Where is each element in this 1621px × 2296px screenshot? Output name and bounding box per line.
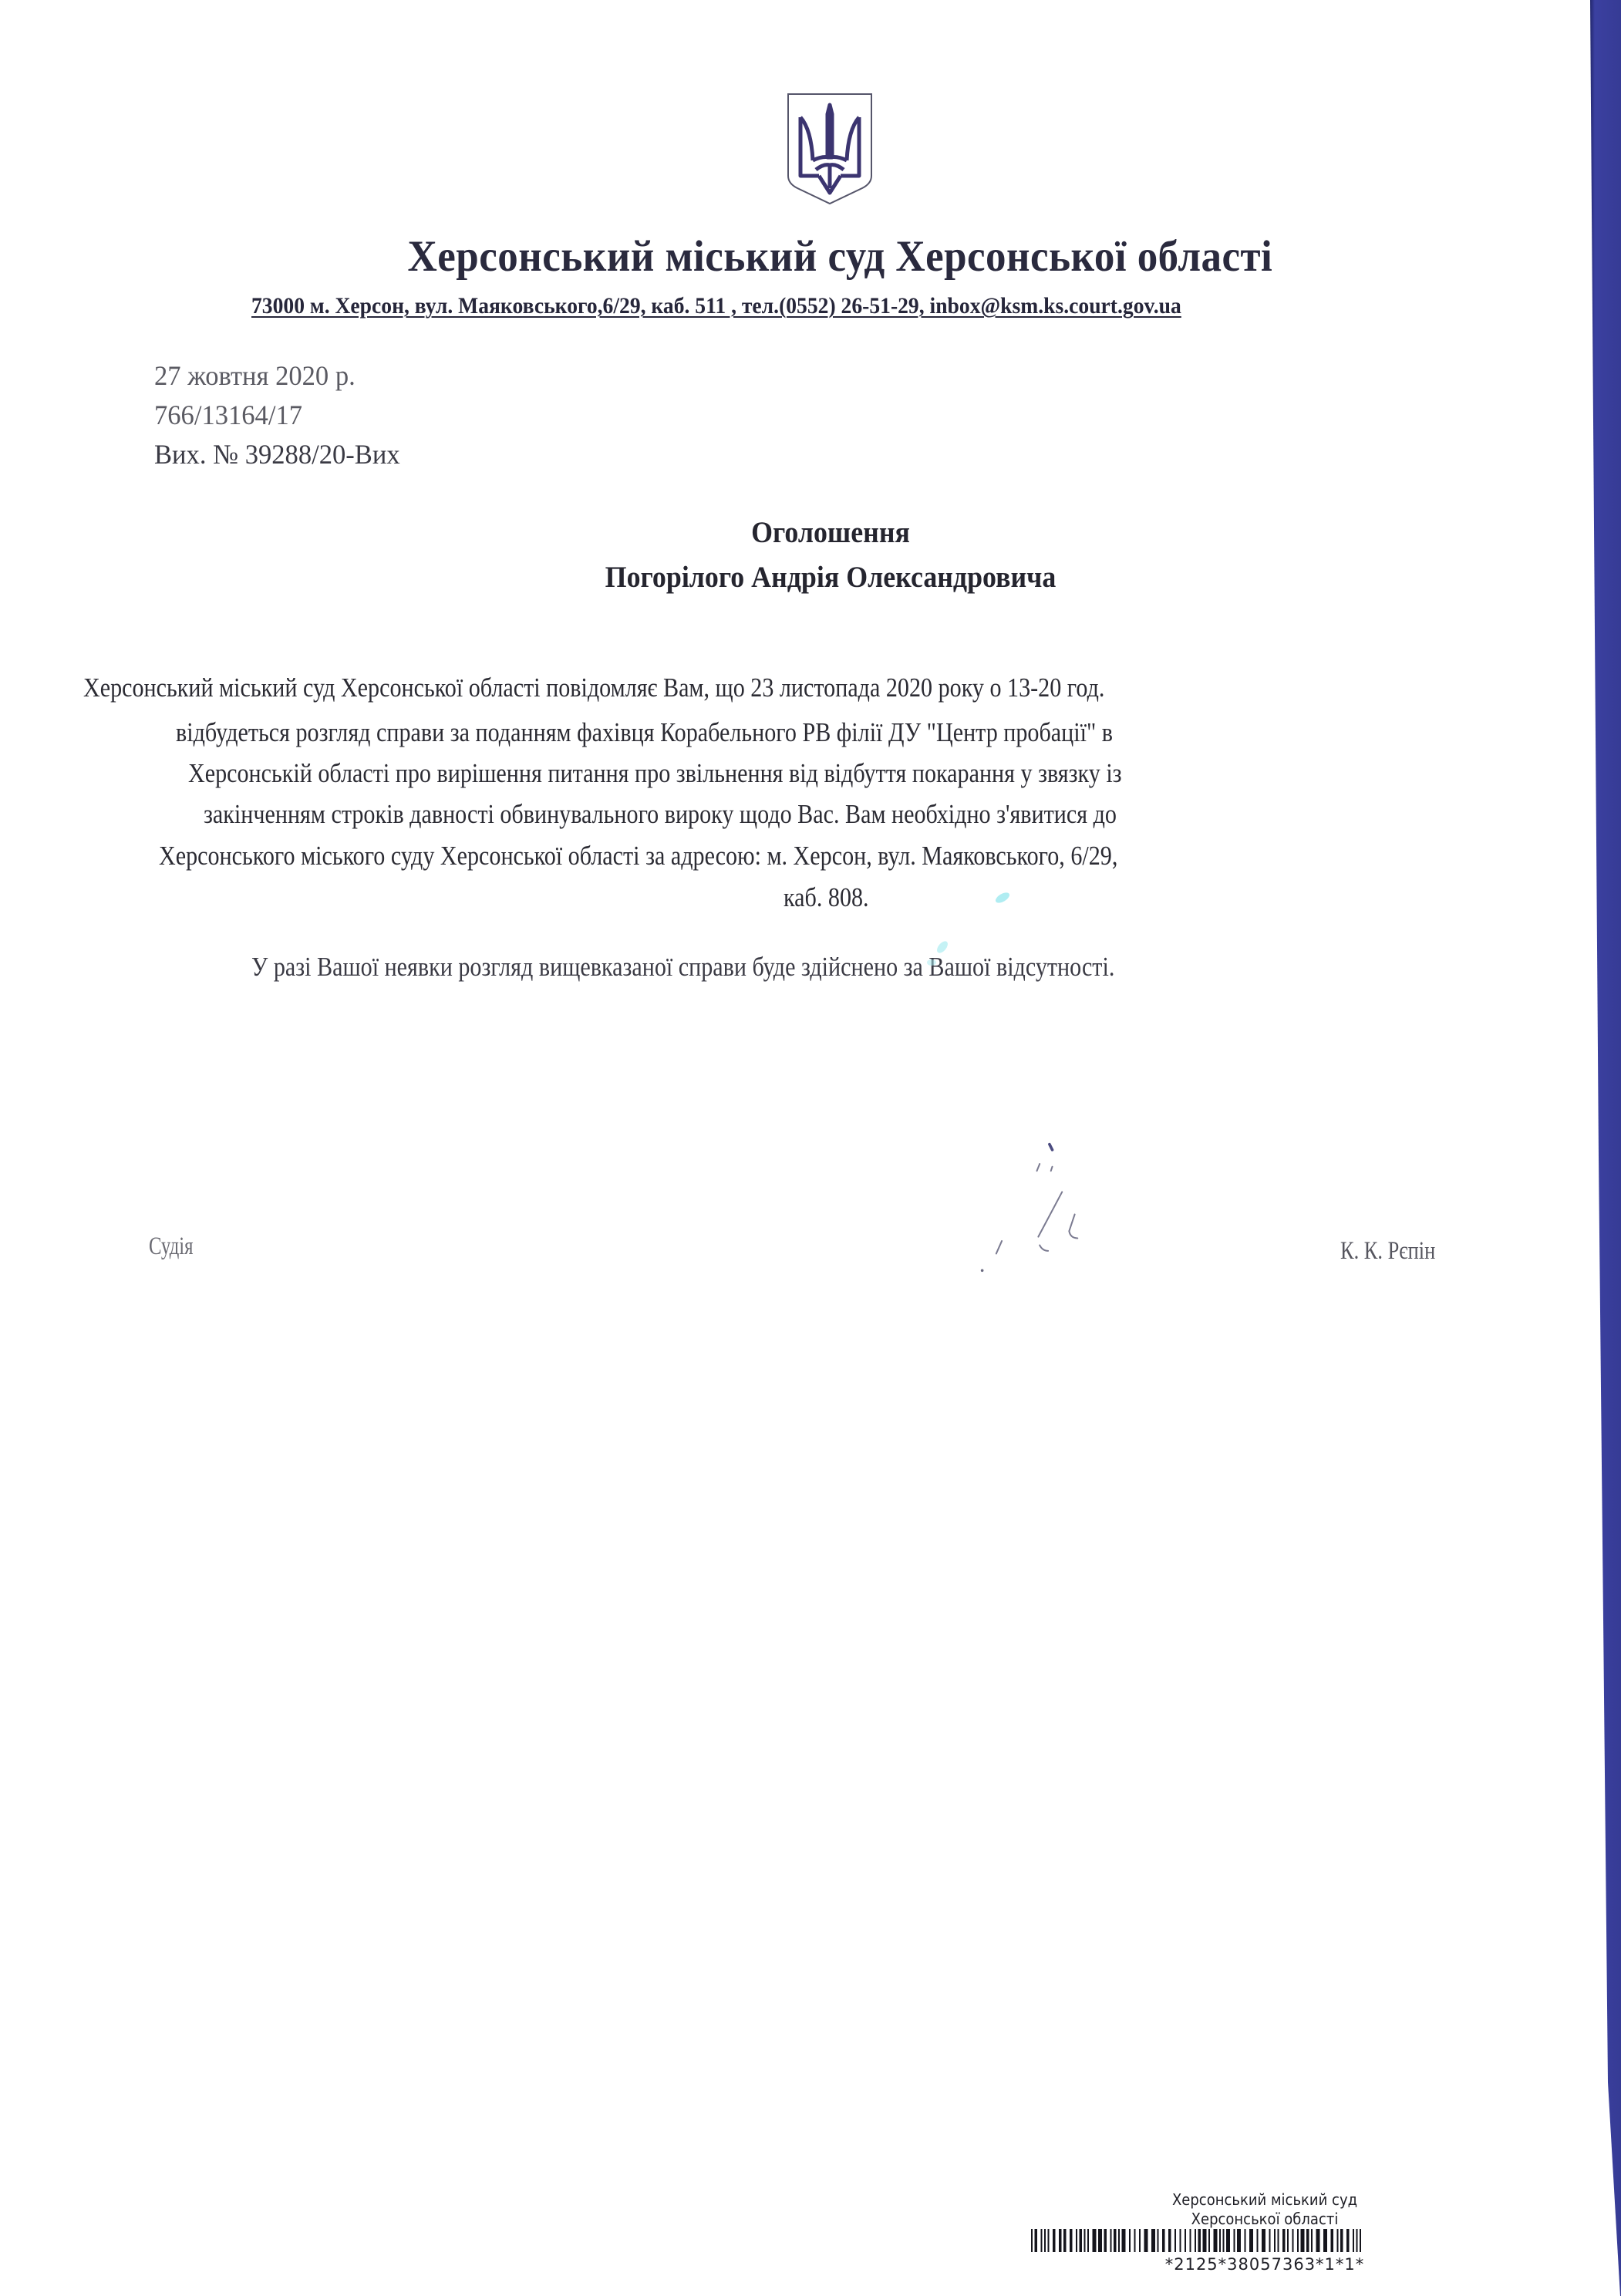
body-line: закінченням строків давності обвинувальн… <box>204 799 1117 830</box>
signer-role: Судія <box>149 1232 194 1261</box>
binder-edge <box>0 0 1621 2296</box>
body-line: каб. 808. <box>784 882 869 913</box>
body-line: Херсонський міський суд Херсонської обла… <box>83 673 1104 703</box>
barcode-text: *2125*38057363*1*1* <box>1018 2255 1511 2274</box>
stamp-line-2: Херсонської області <box>1043 2210 1487 2229</box>
stamp-line-1: Херсонський міський суд <box>1043 2190 1487 2210</box>
barcode <box>1031 2229 1363 2252</box>
registration-stamp: Херсонський міський суд Херсонської обла… <box>1018 2190 1511 2274</box>
reference-block: 27 жовтня 2020 р. 766/13164/17 Вих. № 39… <box>154 356 410 474</box>
notice-title: Оголошення <box>85 511 1576 555</box>
case-number: 766/13164/17 <box>154 396 400 435</box>
court-name: Херсонський міський суд Херсонської обла… <box>86 231 1594 282</box>
notice-addressee: Погорілого Андрія Олександровича <box>85 555 1576 600</box>
outgoing-number: Вих. № 39288/20-Вих <box>154 435 400 474</box>
signer-name: К. К. Рєпін <box>1340 1237 1435 1266</box>
body-line: відбудеться розгляд справи за поданням ф… <box>176 717 1113 748</box>
body-line: Херсонській області про вирішення питанн… <box>188 758 1122 789</box>
document-date: 27 жовтня 2020 р. <box>154 356 400 396</box>
court-address: 73000 м. Херсон, вул. Маяковського,6/29,… <box>251 293 1329 319</box>
scan-artifact <box>895 879 1033 972</box>
handwritten-signature <box>964 1126 1118 1296</box>
notice-heading: Оголошення Погорілого Андрія Олександров… <box>0 511 1621 600</box>
coat-of-arms-icon <box>785 89 875 207</box>
body-line: Херсонського міського суду Херсонської о… <box>159 841 1117 872</box>
